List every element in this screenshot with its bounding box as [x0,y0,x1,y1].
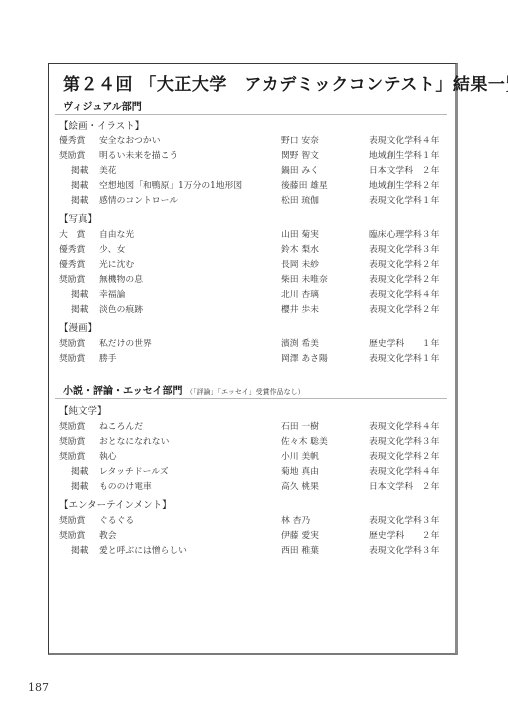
page-title: 第２４回 「大正大学 アカデミックコンテスト」結果一覧 [63,70,508,95]
table-row: 奨励賞 執心 小川 美帆 表現文化学科２年 [49,449,455,464]
award-cell: 掲載 [71,287,89,300]
name-cell: 鍋田 みく [281,163,319,176]
department-cell: 表現文化学科３年 [369,513,439,526]
award-cell: 掲載 [71,479,89,492]
name-cell: 柴田 未唯奈 [281,272,328,285]
table-row: 奨励賞 おとなになれない 佐々木 聡美 表現文化学科３年 [49,434,455,449]
work-title-cell: おとなになれない [99,434,169,447]
department-cell: 歴史学科 １年 [369,336,439,349]
table-row: 掲載 美花 鍋田 みく 日本文学科 ２年 [49,163,455,178]
name-cell: 関野 智文 [281,148,319,161]
table-row: 奨励賞 無機物の息 柴田 未唯奈 表現文化学科２年 [49,272,455,287]
work-title-cell: 空想地図「和鴨原」1万分の1地形図 [99,178,242,191]
name-cell: 野口 安奈 [281,133,319,146]
department-cell: 表現文化学科１年 [369,351,439,364]
award-cell: 奨励賞 [59,528,85,541]
name-cell: 佐々木 聡美 [281,434,328,447]
section-divider [55,114,447,115]
work-title-cell: 幸福論 [99,287,125,300]
award-cell: 奨励賞 [59,351,85,364]
work-title-cell: 少、女 [99,242,125,255]
table-row: 掲載 愛と呼ぶには憎らしい 西田 稚葉 表現文化学科３年 [49,543,455,558]
award-cell: 奨励賞 [59,272,85,285]
work-title-cell: 淡色の痕跡 [99,302,143,315]
award-cell: 奨励賞 [59,419,85,432]
category-manga: 【漫画】 [59,320,97,334]
award-cell: 大 賞 [59,227,85,240]
name-cell: 北川 杏璃 [281,287,319,300]
work-title-cell: 感情のコントロール [99,193,178,206]
name-cell: 長岡 未紗 [281,257,319,270]
department-cell: 表現文化学科２年 [369,302,439,315]
award-cell: 掲載 [71,163,89,176]
award-cell: 掲載 [71,302,89,315]
work-title-cell: ぐるぐる [99,513,134,526]
table-row: 奨励賞 教会 伊藤 愛実 歴史学科 ２年 [49,528,455,543]
work-title-cell: 無機物の息 [99,272,143,285]
work-title-cell: もののけ電車 [99,479,152,492]
department-cell: 臨床心理学科３年 [369,227,439,240]
name-cell: 山田 菊実 [281,227,319,240]
work-title-cell: 美花 [99,163,117,176]
section-note: （「評論」「エッセイ」受賞作品なし） [186,388,305,396]
award-cell: 優秀賞 [59,257,85,270]
award-cell: 掲載 [71,464,89,477]
work-title-cell: 執心 [99,449,117,462]
department-cell: 歴史学科 ２年 [369,528,439,541]
department-cell: 表現文化学科２年 [369,449,439,462]
award-cell: 掲載 [71,543,89,556]
department-cell: 地域創生学科２年 [369,178,439,191]
name-cell: 岡澤 あさ陽 [281,351,328,364]
work-title-cell: レタッチドールズ [99,464,169,477]
section-heading-novel: 小説・評論・エッセイ部門 （「評論」「エッセイ」受賞作品なし） [63,382,305,397]
section-divider [55,398,447,399]
name-cell: 鈴木 梨水 [281,242,319,255]
department-cell: 地域創生学科１年 [369,148,439,161]
award-cell: 優秀賞 [59,133,85,146]
section-heading-text: 小説・評論・エッセイ部門 [63,386,183,397]
department-cell: 日本文学科 ２年 [369,163,439,176]
name-cell: 伊藤 愛実 [281,528,319,541]
department-cell: 表現文化学科２年 [369,272,439,285]
category-photo: 【写真】 [59,211,97,225]
name-cell: 石田 一樹 [281,419,319,432]
name-cell: 濱渕 希美 [281,336,319,349]
award-cell: 奨励賞 [59,336,85,349]
results-frame: 第２４回 「大正大学 アカデミックコンテスト」結果一覧 ヴィジュアル部門 【絵画… [48,63,458,655]
award-cell: 奨励賞 [59,449,85,462]
department-cell: 表現文化学科２年 [369,257,439,270]
department-cell: 表現文化学科３年 [369,543,439,556]
name-cell: 西田 稚葉 [281,543,319,556]
table-row: 奨励賞 ぐるぐる 林 杏乃 表現文化学科３年 [49,513,455,528]
department-cell: 表現文化学科４年 [369,464,439,477]
table-row: 奨励賞 ねころんだ 石田 一樹 表現文化学科４年 [49,419,455,434]
table-row: 掲載 幸福論 北川 杏璃 表現文化学科４年 [49,287,455,302]
department-cell: 表現文化学科３年 [369,434,439,447]
table-row: 掲載 もののけ電車 高久 桃果 日本文学科 ２年 [49,479,455,494]
name-cell: 高久 桃果 [281,479,319,492]
work-title-cell: 明るい未来を描こう [99,148,178,161]
department-cell: 表現文化学科４年 [369,419,439,432]
page-number: 187 [28,681,49,694]
award-cell: 掲載 [71,193,89,206]
name-cell: 後藤田 雄星 [281,178,328,191]
table-row: 優秀賞 光に沈む 長岡 未紗 表現文化学科２年 [49,257,455,272]
department-cell: 表現文化学科３年 [369,242,439,255]
section-heading-text: ヴィジュアル部門 [63,102,142,113]
name-cell: 林 杏乃 [281,513,310,526]
work-title-cell: ねころんだ [99,419,143,432]
department-cell: 日本文学科 ２年 [369,479,439,492]
table-row: 大 賞 自由な光 山田 菊実 臨床心理学科３年 [49,227,455,242]
award-cell: 掲載 [71,178,89,191]
name-cell: 松田 琉伽 [281,193,319,206]
category-pure-literature: 【純文学】 [59,403,107,417]
table-row: 掲載 空想地図「和鴨原」1万分の1地形図 後藤田 雄星 地域創生学科２年 [49,178,455,193]
table-row: 奨励賞 私だけの世界 濱渕 希美 歴史学科 １年 [49,336,455,351]
table-row: 優秀賞 少、女 鈴木 梨水 表現文化学科３年 [49,242,455,257]
work-title-cell: 光に沈む [99,257,134,270]
award-cell: 奨励賞 [59,513,85,526]
table-row: 掲載 淡色の痕跡 櫻井 歩未 表現文化学科２年 [49,302,455,317]
category-entertainment: 【エンターテインメント】 [59,497,172,511]
award-cell: 奨励賞 [59,434,85,447]
section-heading-visual: ヴィジュアル部門 [63,98,142,113]
work-title-cell: 私だけの世界 [99,336,152,349]
table-row: 奨励賞 明るい未来を描こう 関野 智文 地域創生学科１年 [49,148,455,163]
category-illustration: 【絵画・イラスト】 [59,118,144,132]
department-cell: 表現文化学科４年 [369,287,439,300]
name-cell: 小川 美帆 [281,449,319,462]
award-cell: 奨励賞 [59,148,85,161]
work-title-cell: 教会 [99,528,117,541]
table-row: 掲載 感情のコントロール 松田 琉伽 表現文化学科１年 [49,193,455,208]
award-cell: 優秀賞 [59,242,85,255]
work-title-cell: 勝手 [99,351,117,364]
name-cell: 櫻井 歩未 [281,302,319,315]
department-cell: 表現文化学科４年 [369,133,439,146]
name-cell: 菊地 真由 [281,464,319,477]
work-title-cell: 愛と呼ぶには憎らしい [99,543,187,556]
department-cell: 表現文化学科１年 [369,193,439,206]
table-row: 優秀賞 安全なおつかい 野口 安奈 表現文化学科４年 [49,133,455,148]
work-title-cell: 自由な光 [99,227,134,240]
work-title-cell: 安全なおつかい [99,133,161,146]
table-row: 奨励賞 勝手 岡澤 あさ陽 表現文化学科１年 [49,351,455,366]
table-row: 掲載 レタッチドールズ 菊地 真由 表現文化学科４年 [49,464,455,479]
